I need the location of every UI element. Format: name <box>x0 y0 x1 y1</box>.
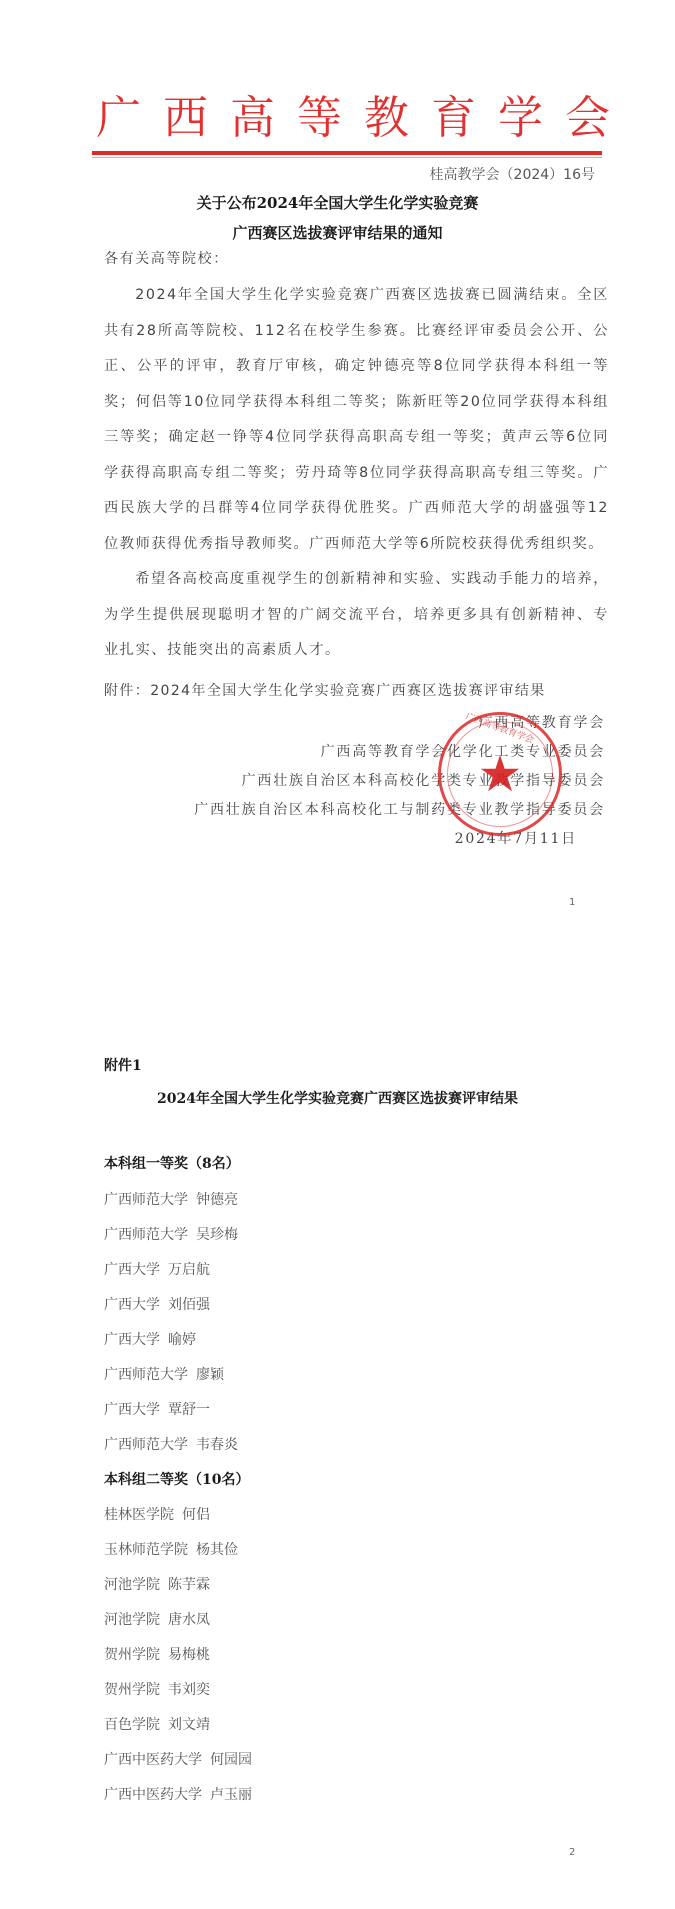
results-title: 2024年全国大学生化学实验竞赛广西赛区选拔赛评审结果 <box>0 1088 675 1108</box>
notice-title-line1: 关于公布2024年全国大学生化学实验竞赛 <box>0 192 675 213</box>
attachment-label: 附件1 <box>104 1055 142 1075</box>
section-heading-first-prize: 本科组一等奖（8名） <box>104 1153 240 1173</box>
list-item: 广西中医药大学何园园 <box>104 1749 252 1769</box>
list-item: 广西师范大学廖颖 <box>104 1364 224 1384</box>
list-item: 广西大学万启航 <box>104 1259 210 1279</box>
list-item: 贺州学院韦刘奕 <box>104 1679 210 1699</box>
masthead-title: 广西高等教育学会 <box>96 88 596 148</box>
list-item: 广西大学喻婷 <box>104 1329 196 1349</box>
list-item: 广西中医药大学卢玉丽 <box>104 1784 252 1804</box>
list-item: 广西师范大学吴珍梅 <box>104 1224 238 1244</box>
masthead-divider-shadow <box>92 157 602 158</box>
notice-title-line2: 广西赛区选拔赛评审结果的通知 <box>0 222 675 243</box>
list-item: 广西师范大学韦春炎 <box>104 1434 238 1454</box>
list-item: 河池学院唐水凤 <box>104 1609 210 1629</box>
section-heading-second-prize: 本科组二等奖（10名） <box>104 1469 249 1489</box>
list-item: 贺州学院易梅桃 <box>104 1644 210 1664</box>
body-paragraph-2: 希望各高校高度重视学生的创新精神和实验、实践动手能力的培养，为学生提供展现聪明才… <box>104 562 609 669</box>
list-item: 广西师范大学钟德亮 <box>104 1189 238 1209</box>
list-item: 广西大学刘佰强 <box>104 1294 210 1314</box>
page-number-2: 2 <box>569 1847 575 1858</box>
list-item: 河池学院陈芋霖 <box>104 1574 210 1594</box>
attachment-reference: 附件：2024年全国大学生化学实验竞赛广西赛区选拔赛评审结果 <box>104 680 546 700</box>
page-number-1: 1 <box>569 897 575 908</box>
list-item: 玉林师范学院杨其俭 <box>104 1539 238 1559</box>
notice-body: 2024年全国大学生化学实验竞赛广西赛区选拔赛已圆满结束。全区共有28所高等院校… <box>104 278 609 669</box>
masthead-divider <box>92 151 602 155</box>
list-item: 百色学院刘文靖 <box>104 1714 210 1734</box>
document-number: 桂高教学会（2024）16号 <box>430 164 595 184</box>
list-item: 桂林医学院何侣 <box>104 1504 210 1524</box>
official-seal: 广西高等教育学会 ★ <box>438 712 562 836</box>
salutation: 各有关高等院校： <box>104 248 229 268</box>
star-icon: ★ <box>475 749 525 799</box>
list-item: 广西大学覃舒一 <box>104 1399 210 1419</box>
body-paragraph-1: 2024年全国大学生化学实验竞赛广西赛区选拔赛已圆满结束。全区共有28所高等院校… <box>104 278 609 562</box>
